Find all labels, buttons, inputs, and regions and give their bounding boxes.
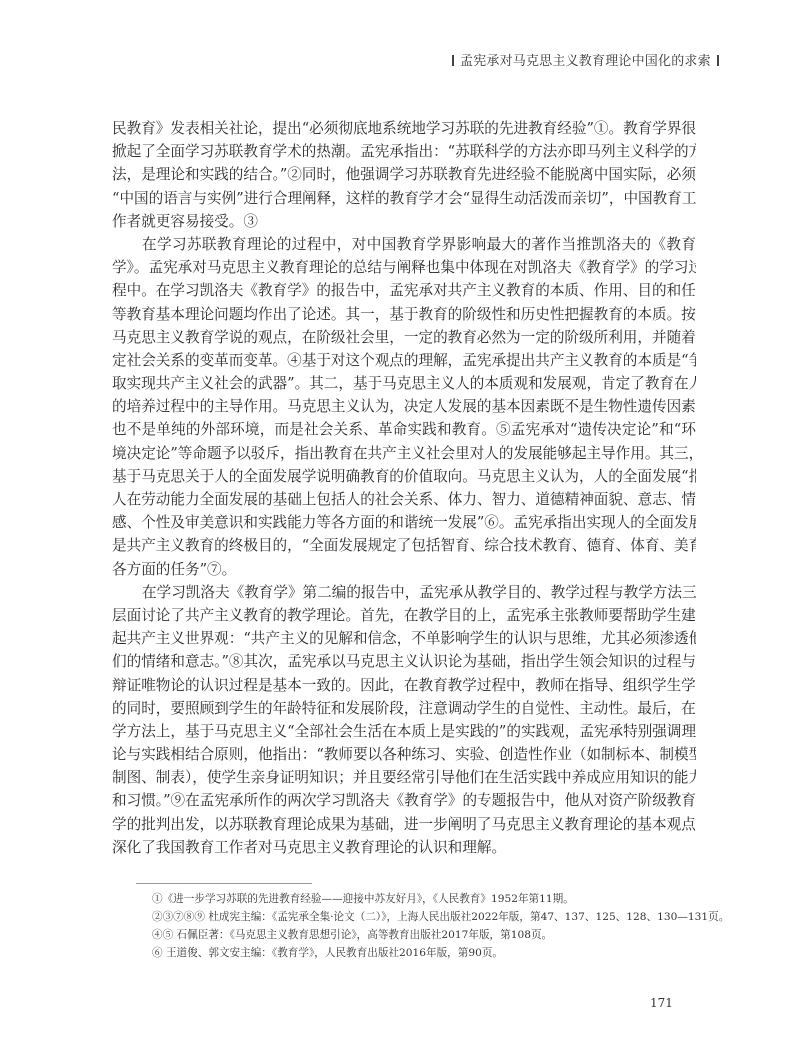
text-line: 论与实践相结合原则，他指出：“教师要以各种练习、实验、创造性作业（如制标本、制模… — [112, 743, 696, 766]
text-line: 制图、制表），使学生亲身证明知识；并且要经常引导他们在生活实践中养成应用知识的能… — [112, 766, 696, 789]
text-line: 学的批判出发，以苏联教育理论成果为基础，进一步阐明了马克思主义教育理论的基本观点… — [112, 813, 696, 836]
text-line: 起共产主义世界观：“共产主义的见解和信念，不单影响学生的认识与思维，尤其必须渗透… — [112, 627, 696, 650]
footnotes: ①《进一步学习苏联的先进教育经验——迎接中苏友好月》，《人民教育》1952年第1… — [152, 890, 712, 962]
text-line: 法，是理论和实践的结合。”②同时，他强调学习苏联教育先进经验不能脱离中国实际，必… — [112, 163, 696, 186]
text-line: 在学习苏联教育理论的过程中，对中国教育学界影响最大的著作当推凯洛夫的《教育 — [112, 233, 696, 256]
text-line: 民教育》发表相关社论，提出“必须彻底地系统地学习苏联的先进教育经验”①。教育学界… — [112, 117, 696, 140]
text-line: 是共产主义教育的终极目的，“全面发展规定了包括智育、综合技术教育、德育、体育、美… — [112, 534, 696, 557]
text-line: “中国的语言与实例”进行合理阐释，这样的教育学才会“显得生动活泼而亲切”，中国教… — [112, 187, 696, 210]
text-line: 感、个性及审美意识和实践能力等各方面的和谐统一发展”⑥。孟宪承指出实现人的全面发… — [112, 511, 696, 534]
running-head: 孟宪承对马克思主义教育理论中国化的求索 — [446, 50, 706, 69]
text-line: 作者就更容易接受。③ — [112, 210, 696, 233]
text-line: 人在劳动能力全面发展的基础上包括人的社会关系、体力、智力、道德精神面貌、意志、情 — [112, 488, 696, 511]
footnote: ⑥ 王道俊、郭文安主编：《教育学》，人民教育出版社2016年版，第90页。 — [152, 944, 712, 962]
footnote: ②③⑦⑧⑨ 杜成宪主编：《孟宪承全集·论文（二）》，上海人民出版社2022年版，… — [152, 908, 712, 926]
text-line: 层面讨论了共产主义教育的教学理论。首先，在教学目的上，孟宪承主张教师要帮助学生建… — [112, 604, 696, 627]
text-line: 取实现共产主义社会的武器”。其二，基于马克思主义人的本质观和发展观，肯定了教育在… — [112, 372, 696, 395]
text-line: 马克思主义教育学说的观点，在阶级社会里，一定的教育必然为一定的阶级所利用，并随着… — [112, 326, 696, 349]
text-line: 的培养过程中的主导作用。马克思主义认为，决定人发展的基本因素既不是生物性遗传因素… — [112, 395, 696, 418]
header-bar-right — [717, 55, 719, 66]
text-line: 深化了我国教育工作者对马克思主义教育理论的认识和理解。 — [112, 836, 696, 859]
header-bar-left — [452, 55, 454, 66]
text-line: 在学习凯洛夫《教育学》第二编的报告中，孟宪承从教学目的、教学过程与教学方法三个 — [112, 581, 696, 604]
text-line: 等教育基本理论问题均作出了论述。其一，基于教育的阶级性和历史性把握教育的本质。按… — [112, 303, 696, 326]
footnote-separator — [136, 883, 312, 884]
text-line: 学》。孟宪承对马克思主义教育理论的总结与阐释也集中体现在对凯洛夫《教育学》的学习… — [112, 256, 696, 279]
text-line: 们的情绪和意志。”⑧其次，孟宪承以马克思主义认识论为基础，指出学生领会知识的过程… — [112, 650, 696, 673]
text-line: 境决定论”等命题予以驳斥，指出教育在共产主义社会里对人的发展能够起主导作用。其三… — [112, 442, 696, 465]
text-line: 辩证唯物论的认识过程是基本一致的。因此，在教育教学过程中，教师在指导、组织学生学… — [112, 674, 696, 697]
text-line: 定社会关系的变革而变革。④基于对这个观点的理解，孟宪承提出共产主义教育的本质是“… — [112, 349, 696, 372]
text-line: 的同时，要照顾到学生的年龄特征和发展阶段，注意调动学生的自觉性、主动性。最后，在… — [112, 697, 696, 720]
text-line: 程中。在学习凯洛夫《教育学》的报告中，孟宪承对共产主义教育的本质、作用、目的和任… — [112, 279, 696, 302]
body-text: 民教育》发表相关社论，提出“必须彻底地系统地学习苏联的先进教育经验”①。教育学界… — [112, 117, 696, 859]
text-line: 也不是单纯的外部环境，而是社会关系、革命实践和教育。⑤孟宪承对“遗传决定论”和“… — [112, 418, 696, 441]
text-line: 掀起了全面学习苏联教育学术的热潮。孟宪承指出：“苏联科学的方法亦即马列主义科学的… — [112, 140, 696, 163]
footnote: ④⑤ 石佩臣著：《马克思主义教育思想引论》，高等教育出版社2017年版，第108… — [152, 926, 712, 944]
text-line: 基于马克思关于人的全面发展学说明确教育的价值取向。马克思主义认为，人的全面发展“… — [112, 465, 696, 488]
text-line: 学方法上，基于马克思主义“全部社会生活在本质上是实践的”的实践观，孟宪承特别强调… — [112, 720, 696, 743]
running-head-title: 孟宪承对马克思主义教育理论中国化的求索 — [460, 54, 711, 69]
page-number: 171 — [650, 996, 673, 1010]
footnote: ①《进一步学习苏联的先进教育经验——迎接中苏友好月》，《人民教育》1952年第1… — [152, 890, 712, 908]
text-line: 和习惯。”⑨在孟宪承所作的两次学习凯洛夫《教育学》的专题报告中，他从对资产阶级教… — [112, 789, 696, 812]
text-line: 各方面的任务”⑦。 — [112, 558, 696, 581]
